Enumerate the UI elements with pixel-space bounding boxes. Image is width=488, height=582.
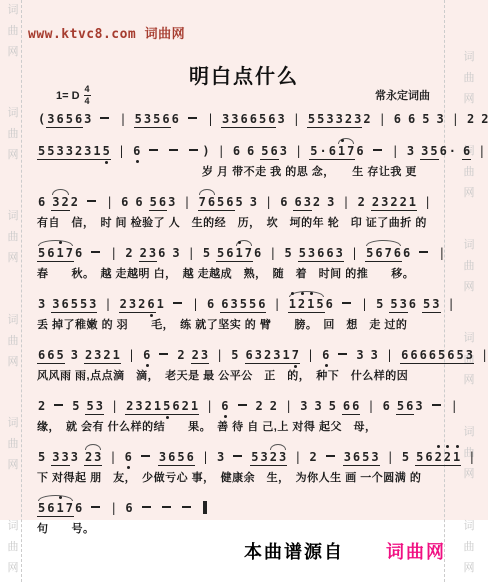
duration-dash [91, 506, 100, 508]
octave-dot-below [224, 415, 227, 418]
note: 3 [326, 112, 333, 126]
barline: | [481, 348, 488, 362]
note: 5 [38, 246, 45, 260]
underline-group: 56 [437, 348, 455, 364]
octave-dot-below [146, 364, 149, 367]
note: 5 [329, 399, 336, 413]
underline-group: 23 [74, 144, 92, 160]
note: 7 [385, 246, 392, 260]
note: 6 [162, 112, 169, 126]
note: 6 [246, 348, 253, 362]
duration-dash [142, 506, 151, 508]
edge-watermark-group: 词曲网 [460, 521, 478, 574]
barline: | [295, 144, 302, 158]
slur-group: 17 [235, 246, 253, 260]
watermark-char: 曲 [8, 129, 19, 140]
score-system: 56176|22363|556176|553663|56766|春 秋。 越 走… [37, 237, 444, 281]
note: 7 [66, 501, 73, 515]
underline-group: 56 [37, 246, 55, 262]
barline: | [468, 450, 475, 464]
note: 6 [125, 450, 132, 464]
note: 5 [177, 450, 184, 464]
watermark-char: 曲 [464, 542, 475, 553]
note: 6 [425, 450, 432, 464]
slur-group: 5617 [37, 246, 74, 262]
note: 3 [273, 348, 280, 362]
watermark-char: 词 [464, 240, 475, 251]
underline-group: 35 [420, 144, 438, 160]
barline: | [111, 399, 118, 413]
note: 5 [231, 348, 238, 362]
note: 3 [222, 112, 229, 126]
note: 1 [338, 144, 345, 158]
note: 5 [402, 450, 409, 464]
note: 2 [75, 144, 82, 158]
note: 5 [71, 297, 78, 311]
underline-group: 56 [216, 195, 234, 211]
note: 6 [258, 297, 265, 311]
note: 3 [300, 399, 307, 413]
note: 6 [247, 144, 254, 158]
underline-group: 55 [239, 297, 257, 313]
notation-line: (36563|53566|3366563|5533232|6653|22232| [37, 103, 444, 128]
duration-dash [159, 353, 168, 355]
underline-group: 53 [134, 112, 152, 128]
note: 1 [93, 144, 100, 158]
duration-dash [141, 455, 150, 457]
note: 6 [147, 297, 154, 311]
underline-group: 23 [371, 195, 389, 211]
augmentation-dot: · [319, 144, 326, 158]
duration-dash [338, 353, 347, 355]
underline-group: 21 [102, 348, 120, 364]
underline-group: 56 [258, 112, 276, 128]
score-system: (36563|53566|3366563|5533232|6653|22232| [37, 103, 444, 128]
lyrics-line: 岁 月 带不走 我 的思 念， 生 存让我 更 [37, 163, 444, 179]
barline: | [216, 348, 223, 362]
score-system: 55332315|6)|66563|5·6176|3356·6|岁 月 带不走 … [37, 135, 444, 179]
note: 6 [233, 144, 240, 158]
barline: | [351, 246, 358, 260]
underline-group: 665 [37, 348, 65, 364]
note: 5 [251, 450, 258, 464]
edge-watermark-group: 词曲网 [4, 5, 22, 58]
note: 3 [38, 297, 45, 311]
barline: | [367, 399, 374, 413]
note: 5 [38, 144, 45, 158]
barline: | [379, 112, 386, 126]
duration-dash [189, 149, 198, 151]
sheet-music-page: 词曲网词曲网词曲网词曲网词曲网词曲网 词曲网词曲网词曲网词曲网词曲网词曲网 ww… [0, 0, 488, 582]
slur-group: 23 [84, 450, 102, 466]
slur-group: 5676 [365, 246, 402, 262]
note: 3 [52, 450, 59, 464]
note: 6 [447, 348, 454, 362]
note: 3 [89, 297, 96, 311]
note: 1 [409, 195, 416, 209]
note: 2 [85, 348, 92, 362]
note: 5 [310, 144, 317, 158]
barline: | [206, 399, 213, 413]
duration-dash [342, 302, 351, 304]
time-signature-numerator: 4 [84, 85, 91, 96]
notation-line: 66532321|6223|5632317|633|66665653| [37, 339, 444, 364]
underline-group: 6 [257, 297, 266, 313]
note: 5 [362, 450, 369, 464]
underline-group: 23 [344, 112, 362, 128]
underline-group: 53 [298, 246, 316, 262]
footer-site-link[interactable]: 词曲网 [386, 538, 446, 564]
underline-group: 36 [158, 450, 176, 466]
note: 5 [217, 246, 224, 260]
watermark-char: 词 [464, 427, 475, 438]
note: 6 [254, 246, 261, 260]
slur-group: 5617 [37, 501, 74, 517]
watermark-char: 曲 [8, 542, 19, 553]
note: 5 [150, 195, 157, 209]
note: 2 [103, 348, 110, 362]
site-watermark-text: www.ktvc8.com 词曲网 [28, 23, 185, 42]
note: 3 [304, 195, 311, 209]
note: 3 [201, 348, 208, 362]
barline: | [451, 399, 458, 413]
note: 5 [299, 246, 306, 260]
underline-group: 23 [263, 348, 281, 364]
barline: | [202, 450, 209, 464]
watermark-char: 曲 [8, 26, 19, 37]
note: 2 [177, 348, 184, 362]
underline-group: 5617 [216, 246, 253, 262]
note: 6 [326, 297, 333, 311]
barline: | [387, 450, 394, 464]
barline: | [119, 112, 126, 126]
barline: | [342, 195, 349, 209]
note: 2 [264, 348, 271, 362]
note: 6 [271, 144, 278, 158]
note: 6 [440, 144, 447, 158]
underline-group: 23 [84, 450, 102, 466]
note: 3 [217, 450, 224, 464]
note: 6 [226, 246, 233, 260]
slur-group: 76 [198, 195, 216, 211]
underline-group: 3 [88, 297, 97, 313]
footer-source-label: 本曲谱源自 [244, 538, 344, 564]
underline-group: 63 [245, 348, 263, 364]
underline-group: 56 [365, 246, 383, 262]
note: 2 [192, 348, 199, 362]
barline: | [294, 450, 301, 464]
barline: | [392, 144, 399, 158]
watermark-char: 词 [8, 418, 19, 429]
underline-group: 36 [343, 450, 361, 466]
duration-dash [233, 455, 242, 457]
note: 6 [401, 348, 408, 362]
watermark-char: 网 [8, 47, 19, 58]
watermark-char: 词 [8, 5, 19, 16]
underline-group: 56 [162, 399, 180, 415]
note: 2 [363, 112, 370, 126]
duration-dash [182, 506, 191, 508]
underline-group: 23 [191, 348, 209, 364]
note: 2 [145, 399, 152, 413]
watermark-char: 网 [8, 563, 19, 574]
note: 3 [61, 450, 68, 464]
note: 3 [261, 450, 268, 464]
barline: | [478, 144, 485, 158]
note: 3 [371, 348, 378, 362]
note: 3 [71, 348, 78, 362]
note: 6 [61, 297, 68, 311]
note: 5 [423, 297, 430, 311]
watermark-char: 网 [8, 460, 19, 471]
duration-dash [432, 404, 441, 406]
note: 2 [120, 297, 127, 311]
octave-dot-below [325, 364, 328, 367]
barline: | [386, 348, 393, 362]
note: 5 [86, 399, 93, 413]
note: 5 [249, 297, 256, 311]
note: 6 [47, 501, 54, 515]
underline-group: 26 [137, 297, 155, 313]
watermark-char: 网 [8, 253, 19, 264]
note: 2 [400, 195, 407, 209]
notation-line: 2553|23215621|622|33566|6563| [37, 390, 444, 415]
underline-group: 56 [176, 450, 194, 466]
underline-group: 66 [400, 348, 418, 364]
note: 6 [408, 112, 415, 126]
duration-dash [238, 404, 247, 406]
note: 3 [280, 144, 287, 158]
edge-watermark-group: 词曲网 [4, 108, 22, 161]
duration-dash [87, 200, 96, 202]
note: 6 [326, 246, 333, 260]
note: 3 [135, 399, 142, 413]
barline: | [452, 112, 459, 126]
underline-group: 66 [342, 399, 360, 415]
note: 6 [410, 348, 417, 362]
underline-group: 53 [422, 297, 440, 313]
note: 5 [284, 246, 291, 260]
note: 7 [347, 144, 354, 158]
note: 5 [422, 112, 429, 126]
note: 1 [282, 348, 289, 362]
note: 6 [406, 399, 413, 413]
note: 6 [394, 112, 401, 126]
note: 7 [199, 195, 206, 209]
note: ) [202, 144, 209, 158]
edge-watermark-group: 词曲网 [4, 211, 22, 264]
underline-group: 1 [452, 450, 461, 466]
underline-group: 15 [306, 297, 324, 313]
note: 2 [38, 399, 45, 413]
underline-group: 17 [281, 348, 299, 364]
note: 5 [66, 112, 73, 126]
underline-group: 56 [260, 144, 278, 160]
underline-group: 36 [46, 112, 64, 128]
barline: | [192, 297, 199, 311]
note: 6 [221, 297, 228, 311]
underline-group: 1 [408, 195, 417, 211]
underline-group: 21 [144, 399, 162, 415]
note: 2 [444, 450, 451, 464]
note: 2 [61, 195, 68, 209]
barline: | [106, 195, 113, 209]
lyrics-line: 春 秋。 越 走越明 白， 越 走越成 熟， 随 着 时间 的推 移。 [37, 265, 444, 281]
note: 3 [172, 246, 179, 260]
barline: | [293, 112, 300, 126]
note: 3 [421, 144, 428, 158]
watermark-char: 词 [464, 521, 475, 532]
barline: | [128, 348, 135, 362]
note: 3 [159, 450, 166, 464]
watermark-char: 曲 [8, 439, 19, 450]
lyrics-line: 丢 掉了稚嫩 的 羽 毛， 练 就了坚实 的 臂 膀。 回 想 走 过的 [37, 316, 444, 332]
note: 6 [133, 144, 140, 158]
notation-line: 56176|22363|556176|553663|56766| [37, 237, 444, 262]
note: 6 [241, 112, 248, 126]
underline-group: 55 [307, 112, 325, 128]
note: 5 [163, 399, 170, 413]
note: 3 [415, 399, 422, 413]
duration-dash [373, 149, 382, 151]
note: 3 [437, 112, 444, 126]
footer: 本曲谱源自 词曲网 [244, 538, 446, 564]
note: 2 [435, 450, 442, 464]
watermark-char: 网 [464, 375, 475, 386]
note: 2 [345, 112, 352, 126]
note: 5 [457, 348, 464, 362]
duration-dash [173, 302, 182, 304]
note: 6 [172, 112, 179, 126]
note: 3 [400, 297, 407, 311]
barline: | [424, 195, 431, 209]
note: 3 [255, 348, 262, 362]
underline-group: 21 [181, 399, 199, 415]
note: 3 [94, 348, 101, 362]
barline: | [218, 144, 225, 158]
underline-group: 23 [125, 399, 143, 415]
barline: | [361, 297, 368, 311]
note: 6 [135, 195, 142, 209]
note: 5 [308, 112, 315, 126]
duration-dash [188, 117, 197, 119]
watermark-char: 曲 [8, 232, 19, 243]
notation-line: 55332315|6)|66563|5·6176|3356·6| [37, 135, 444, 160]
augmentation-dot: · [449, 144, 456, 158]
lyrics-line: 有自 信， 时 间 检验了 人 生的经 历， 坎 坷的年 轮 印 证了曲折 的 [37, 214, 444, 230]
underline-group: 55 [37, 144, 55, 160]
barline: | [265, 195, 272, 209]
octave-dot-above [59, 241, 62, 244]
note: 3 [52, 195, 59, 209]
note: 6 [226, 195, 233, 209]
edge-watermark-group: 词曲网 [4, 315, 22, 368]
note: 5 [203, 246, 210, 260]
underline-group: 22 [434, 450, 452, 466]
note: 2 [256, 399, 263, 413]
note: 3 [66, 144, 73, 158]
barline: | [104, 297, 111, 311]
note: 3 [144, 112, 151, 126]
note: 5 [38, 501, 45, 515]
note: 2 [270, 450, 277, 464]
note: 3 [371, 450, 378, 464]
octave-dot-above [310, 292, 313, 295]
note: 2 [138, 297, 145, 311]
note: 2 [71, 195, 78, 209]
barline: | [110, 246, 117, 260]
note: 5 [217, 195, 224, 209]
notation-line: 336553|23261|663556|12156|553653| [37, 288, 444, 313]
note: 6 [375, 246, 382, 260]
note: 6 [322, 348, 329, 362]
note: 5 [56, 348, 63, 362]
note: 6 [343, 399, 350, 413]
note: 5 [236, 195, 243, 209]
barline: | [448, 297, 455, 311]
underline-group: 56 [152, 112, 170, 128]
note: 1 [236, 246, 243, 260]
score-system: 2553|23215621|622|33566|6563|缘， 就 会有 什么样… [37, 390, 444, 434]
key-label: 1= D [56, 90, 80, 102]
note: 6 [394, 246, 401, 260]
note: 5 [397, 399, 404, 413]
note: 3 [356, 348, 363, 362]
underline-group: 3 [335, 246, 344, 262]
underline-group: 53 [389, 297, 407, 313]
octave-dot-above [301, 292, 304, 295]
watermark-char: 词 [464, 333, 475, 344]
lyrics-line: 下 对得起 朋 友， 少做亏心 事， 健康余 生， 为你人生 画 一个圆满 的 [37, 469, 444, 485]
score-system: 66532321|6223|5632317|633|66665653|风风雨 雨… [37, 339, 444, 383]
watermark-char: 词 [8, 521, 19, 532]
note: 6 [429, 348, 436, 362]
note: 5 [38, 450, 45, 464]
note: 1 [113, 348, 120, 362]
note: 6 [47, 246, 54, 260]
barline: | [285, 399, 292, 413]
underline-group: 56 [396, 399, 414, 415]
note: 5 [390, 297, 397, 311]
note: 3 [231, 112, 238, 126]
note: 3 [277, 112, 284, 126]
note: 6 [75, 501, 82, 515]
note: 2 [125, 246, 132, 260]
note: 6 [317, 246, 324, 260]
underline-group: 33 [51, 450, 69, 466]
edge-watermark-group: 词曲网 [4, 521, 22, 574]
underline-group: 56 [149, 195, 167, 211]
lyrics-line: 缘， 就 会有 什么样的结 果。 善 待 自 己,上 对得 起父 母， [37, 418, 444, 434]
note: 6 [352, 399, 359, 413]
note: 3 [336, 246, 343, 260]
note: 6 [207, 297, 214, 311]
note: 2 [140, 246, 147, 260]
duration-dash [419, 251, 428, 253]
note: 6 [221, 399, 228, 413]
note: 5 [317, 112, 324, 126]
note: 6 [38, 348, 45, 362]
note: 3 [168, 195, 175, 209]
note: 3 [407, 144, 414, 158]
score-system: 336553|23261|663556|12156|553653|丢 掉了稚嫩 … [37, 288, 444, 332]
duration-dash [326, 455, 335, 457]
underline-group: 66 [316, 246, 334, 262]
note: 3 [52, 297, 59, 311]
watermark-char: 曲 [8, 336, 19, 347]
note: 7 [66, 246, 73, 260]
note: 6 [158, 246, 165, 260]
